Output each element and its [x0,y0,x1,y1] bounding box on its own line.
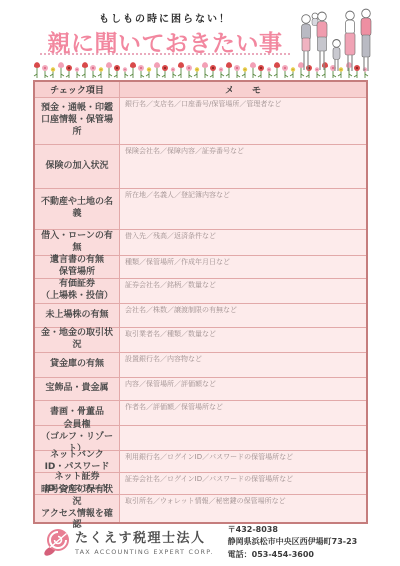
table-row: 未上場株の有無 会社名／株数／譲渡制限の有無など [35,304,366,328]
row-memo-hint: 取引所名／ウォレット情報／秘密鍵の保管場所など [120,495,366,522]
phone-number: 電話：053-454-3600 [228,549,358,561]
family-illustration [298,3,380,75]
checklist-table: チェック項目 メ モ 預金・通帳・印鑑 口座情報・保管場所 銀行名／支店名／口座… [33,80,368,524]
address-block: 〒432-8038 静岡県浜松市中央区西伊場町73-23 電話：053-454-… [228,524,358,561]
row-item-label: ネットバンク ID・パスワード [35,451,120,472]
table-row: 遺言書の有無 保管場所 種類／保管場所／作成年月日など [35,256,366,279]
checklist-page: もしもの時に困らない！ 親に聞いておきたい事 [0,0,400,566]
row-memo-hint: 保険会社名／保障内容／証券番号など [120,145,366,188]
table-row: 借入・ローンの有無 借入先／残高／返済条件など [35,230,366,256]
table-row: 預金・通帳・印鑑 口座情報・保管場所 銀行名／支店名／口座番号/保管場所／管理者… [35,98,366,145]
row-item-label: 預金・通帳・印鑑 口座情報・保管場所 [35,98,120,144]
row-memo-hint: 取引業者名／種類／数量など [120,328,366,352]
row-memo-hint: 作者名／評価額／保管場所など [120,401,366,425]
row-memo-hint: 銀行名／支店名／口座番号/保管場所／管理者など [120,98,366,144]
row-memo-hint [120,426,366,450]
row-memo-hint: 借入先／残高／返済条件など [120,230,366,255]
row-memo-hint: 種類／保管場所／作成年月日など [120,256,366,278]
row-item-label: 遺言書の有無 保管場所 [35,256,120,278]
table-row: 金・地金の取引状況 取引業者名／種類／数量など [35,328,366,353]
table-header-row: チェック項目 メ モ [35,82,366,98]
row-memo-hint: 会社名／株数／譲渡制限の有無など [120,304,366,327]
row-memo-hint: 内容／保管場所／評価額など [120,378,366,400]
header-tagline: もしもの時に困らない！ [33,10,297,25]
row-memo-hint: 証券会社名／ログインID／パスワードの保管場所など [120,473,366,494]
row-item-label: 借入・ローンの有無 [35,230,120,255]
row-item-label: 暗号資産の保有状況 アクセス情報を確認 [35,495,120,522]
row-item-label: 有価証券 （上場株・投信） [35,279,120,303]
table-row: 暗号資産の保有状況 アクセス情報を確認 取引所名／ウォレット情報／秘密鍵の保管場… [35,495,366,522]
row-memo-hint: 利用銀行名／ログインID／パスワードの保管場所など [120,451,366,472]
row-item-label: 保険の加入状況 [35,145,120,188]
table-row: 貸金庫の有無 設置銀行名／内容物など [35,353,366,378]
row-memo-hint: 証券会社名／銘柄／数量など [120,279,366,303]
table-row: 不動産や土地の名義 所在地／名義人／登記簿内容など [35,189,366,230]
row-item-label: 宝飾品・貴金属 [35,378,120,400]
street-address: 静岡県浜松市中央区西伊場町73-23 [228,536,358,548]
company-block: たくえす税理士法人 TAX ACCOUNTING EXPERT CORP. [75,524,214,561]
title-dotted-underline [40,53,290,55]
page-header: もしもの時に困らない！ 親に聞いておきたい事 [0,0,400,80]
row-memo-hint: 所在地／名義人／登記簿内容など [120,189,366,229]
company-name: たくえす税理士法人 [75,527,214,546]
column-header-memo: メ モ [120,82,366,97]
table-row: 有価証券 （上場株・投信） 証券会社名／銘柄／数量など [35,279,366,304]
rose-logo-icon [42,527,72,557]
table-row: ネットバンク ID・パスワード 利用銀行名／ログインID／パスワードの保管場所な… [35,451,366,473]
table-row: 保険の加入状況 保険会社名／保障内容／証券番号など [35,145,366,189]
row-item-label: 未上場株の有無 [35,304,120,327]
row-memo-hint: 設置銀行名／内容物など [120,353,366,377]
table-row: 宝飾品・貴金属 内容／保管場所／評価額など [35,378,366,401]
row-item-label: 金・地金の取引状況 [35,328,120,352]
postal-code: 〒432-8038 [228,524,358,536]
table-row: 会員権 （ゴルフ・リゾート） [35,426,366,451]
row-item-label: 不動産や土地の名義 [35,189,120,229]
company-subtitle: TAX ACCOUNTING EXPERT CORP. [75,548,214,556]
row-item-label: 会員権 （ゴルフ・リゾート） [35,426,120,450]
row-item-label: 貸金庫の有無 [35,353,120,377]
column-header-item: チェック項目 [35,82,120,97]
company-footer: たくえす税理士法人 TAX ACCOUNTING EXPERT CORP. 〒4… [42,524,372,561]
